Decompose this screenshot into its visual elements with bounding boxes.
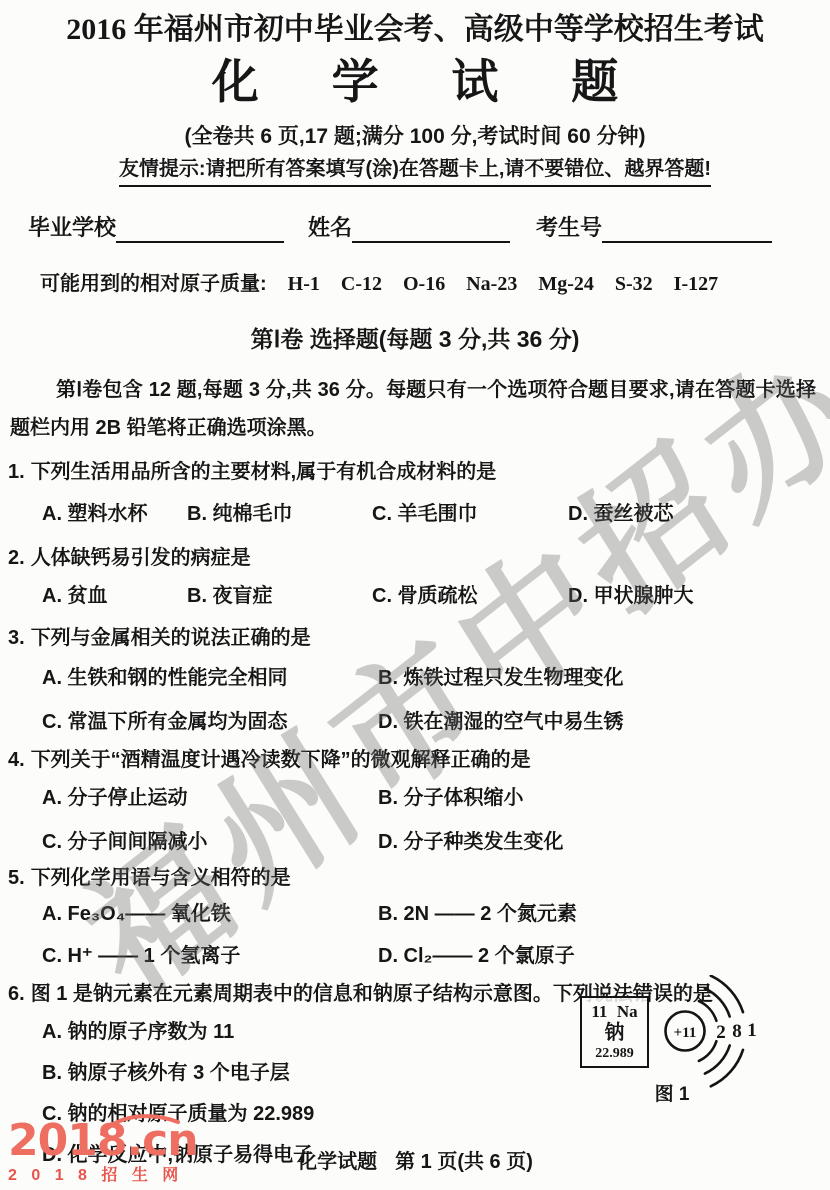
option-c: C. H⁺ —— 1 个氢离子 — [42, 941, 378, 971]
option-c: C. 常温下所有金属均为固态 — [42, 707, 378, 737]
option-a: A. 生铁和钢的性能完全相同 — [42, 663, 378, 693]
exam-paper-page: 福州市中招办 2016 年福州市初中毕业会考、高级中等学校招生考试 化学试题 (… — [0, 0, 830, 1190]
notice-wrap: 友情提示:请把所有答案填写(涂)在答题卡上,请不要错位、越界答题! — [0, 155, 830, 187]
option-b: B. 纯棉毛巾 — [187, 499, 372, 529]
option-d: D. Cl₂—— 2 个氯原子 — [378, 941, 820, 971]
periodic-table-cell: 11 Na 钠 22.989 — [580, 996, 649, 1068]
option-a: A. 塑料水杯 — [42, 499, 187, 529]
option-a: A. Fe₃O₄—— 氧化铁 — [42, 899, 378, 929]
student-info-row: 毕业学校 姓名 考生号 — [0, 213, 830, 243]
notice-text: 友情提示:请把所有答案填写(涂)在答题卡上,请不要错位、越界答题! — [119, 155, 711, 187]
element-atomic-mass: 22.989 — [582, 1045, 647, 1062]
exam-subtitle: (全卷共 6 页,17 题;满分 100 分,考试时间 60 分钟) — [0, 122, 830, 152]
shell-arc — [699, 1001, 717, 1021]
option-d: D. 蚕丝被芯 — [568, 499, 820, 529]
atomic-mass-item: H-1 — [288, 273, 320, 295]
site-logo: 2018.cn 2 0 1 8 招 生 网 — [8, 1118, 198, 1185]
atomic-mass-item: O-16 — [403, 273, 445, 295]
atomic-mass-label: 可能用到的相对原子质量: — [40, 273, 267, 295]
question-5: 5.下列化学用语与含义相符的是 A. Fe₃O₄—— 氧化铁 B. 2N —— … — [8, 863, 820, 971]
question-4: 4.下列关于“酒精温度计遇冷读数下降”的微观解释正确的是 A. 分子停止运动 B… — [8, 745, 820, 857]
logo-swoosh-icon — [100, 1112, 180, 1138]
shell-arc — [705, 988, 730, 1016]
option-c: C. 分子间间隔减小 — [42, 827, 378, 857]
section-1-heading: 第Ⅰ卷 选择题(每题 3 分,共 36 分) — [0, 323, 830, 355]
option-b: B. 2N —— 2 个氮元素 — [378, 899, 820, 929]
question-number: 1. — [8, 461, 25, 483]
id-blank-field — [602, 217, 772, 243]
option-c: C. 羊毛围巾 — [372, 499, 568, 529]
shell-arc — [705, 1046, 730, 1074]
question-text: 下列化学用语与含义相符的是 — [31, 867, 291, 889]
question-1: 1.下列生活用品所含的主要材料,属于有机合成材料的是 A. 塑料水杯 B. 纯棉… — [8, 457, 820, 529]
option-a: A. 分子停止运动 — [42, 783, 378, 813]
section-1-intro: 第Ⅰ卷包含 12 题,每题 3 分,共 36 分。每题只有一个选项符合题目要求,… — [0, 371, 830, 447]
question-text: 人体缺钙易引发的病症是 — [31, 547, 251, 569]
figure-caption: 图 1 — [572, 1079, 772, 1106]
footer-doc-title: 化学试题 — [297, 1151, 377, 1173]
question-text: 下列关于“酒精温度计遇冷读数下降”的微观解释正确的是 — [31, 749, 531, 771]
atomic-mass-item: S-32 — [615, 273, 653, 295]
exam-title: 化学试题 — [0, 54, 830, 110]
option-b: B. 分子体积缩小 — [378, 783, 820, 813]
question-2: 2.人体缺钙易引发的病症是 A. 贫血 B. 夜盲症 C. 骨质疏松 D. 甲状… — [8, 543, 820, 611]
name-label: 姓名 — [308, 213, 352, 243]
school-blank-field — [116, 217, 284, 243]
atomic-mass-item: Na-23 — [466, 273, 517, 295]
question-5-options: A. Fe₃O₄—— 氧化铁 B. 2N —— 2 个氮元素 C. H⁺ —— … — [8, 899, 820, 971]
option-a: A. 贫血 — [42, 581, 187, 611]
school-label: 毕业学校 — [28, 213, 116, 243]
question-3: 3.下列与金属相关的说法正确的是 A. 生铁和钢的性能完全相同 B. 炼铁过程只… — [8, 623, 820, 737]
atom-structure-diagram: +11 2 8 1 — [645, 975, 780, 1095]
name-blank-field — [352, 217, 510, 243]
option-c: C. 骨质疏松 — [372, 581, 568, 611]
option-d: D. 甲状腺肿大 — [568, 581, 820, 611]
atomic-mass-item: I-127 — [674, 273, 718, 295]
shell-electron-count: 1 — [747, 1020, 757, 1041]
shell-arc — [699, 1041, 717, 1061]
question-3-options: A. 生铁和钢的性能完全相同 B. 炼铁过程只发生物理变化 C. 常温下所有金属… — [8, 663, 820, 737]
question-2-options: A. 贫血 B. 夜盲症 C. 骨质疏松 D. 甲状腺肿大 — [8, 581, 820, 611]
question-number: 2. — [8, 547, 25, 569]
option-b: B. 夜盲症 — [187, 581, 372, 611]
shell-electron-count: 8 — [732, 1021, 742, 1042]
element-name: 钠 — [582, 1022, 647, 1045]
id-label: 考生号 — [536, 213, 602, 243]
element-symbol: Na — [617, 1002, 638, 1022]
question-text: 下列与金属相关的说法正确的是 — [31, 627, 311, 649]
question-list: 1.下列生活用品所含的主要材料,属于有机合成材料的是 A. 塑料水杯 B. 纯棉… — [0, 457, 830, 1170]
footer-page-number: 第 1 页(共 6 页) — [395, 1151, 533, 1173]
nucleus-label: +11 — [674, 1025, 697, 1041]
question-text: 下列生活用品所含的主要材料,属于有机合成材料的是 — [31, 461, 497, 483]
option-d: D. 铁在潮湿的空气中易生锈 — [378, 707, 820, 737]
atomic-number: 11 — [591, 1002, 607, 1022]
question-1-options: A. 塑料水杯 B. 纯棉毛巾 C. 羊毛围巾 D. 蚕丝被芯 — [8, 499, 820, 529]
question-number: 6. — [8, 983, 25, 1005]
page-title: 2016 年福州市初中毕业会考、高级中等学校招生考试 — [0, 0, 830, 52]
option-b: B. 炼铁过程只发生物理变化 — [378, 663, 820, 693]
question-number: 3. — [8, 627, 25, 649]
question-4-options: A. 分子停止运动 B. 分子体积缩小 C. 分子间间隔减小 D. 分子种类发生… — [8, 783, 820, 857]
atomic-mass-item: C-12 — [341, 273, 382, 295]
option-d: D. 分子种类发生变化 — [378, 827, 820, 857]
question-number: 4. — [8, 749, 25, 771]
shell-electron-count: 2 — [716, 1022, 726, 1043]
atomic-mass-item: Mg-24 — [538, 273, 594, 295]
atomic-mass-line: 可能用到的相对原子质量:H-1C-12O-16Na-23Mg-24S-32I-1… — [0, 269, 830, 299]
figure-1: 11 Na 钠 22.989 +11 2 8 — [572, 979, 802, 1107]
logo-sub-text: 2 0 1 8 招 生 网 — [8, 1162, 198, 1185]
question-number: 5. — [8, 867, 25, 889]
